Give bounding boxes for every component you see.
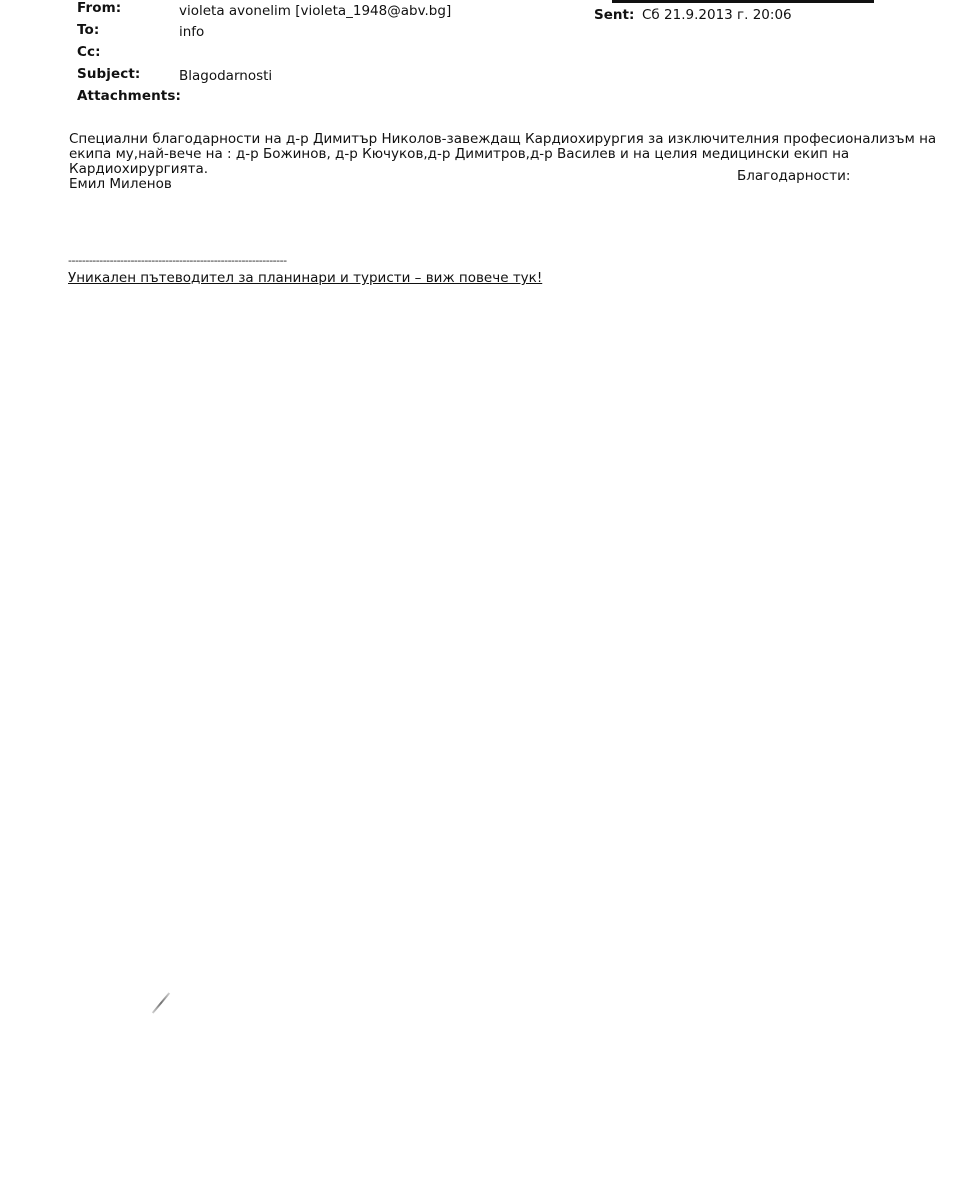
closing-thanks: Благодарности: [737,168,850,184]
sent-label: Sent: [594,7,634,23]
to-value: info [179,24,204,40]
footer-divider: ----------------------------------------… [68,254,287,267]
footer-ad-link[interactable]: Уникален пътеводител за планинари и тури… [68,270,542,286]
body-line: Специални благодарности на д-р Димитър Н… [69,132,869,147]
from-value: violeta avonelim [violeta_1948@abv.bg] [179,3,451,19]
sent-value: Сб 21.9.2013 г. 20:06 [642,7,792,23]
body-line: екипа му,най-вече на : д-р Божинов, д-р … [69,147,869,162]
to-label: To: [77,22,99,38]
scan-artifact [152,992,170,1013]
subject-value: Blagodarnosti [179,68,272,84]
cc-label: Cc: [77,44,101,60]
attachments-label: Attachments: [77,88,181,104]
subject-label: Subject: [77,66,140,82]
from-label: From: [77,0,121,16]
scan-edge-bar [612,0,874,3]
